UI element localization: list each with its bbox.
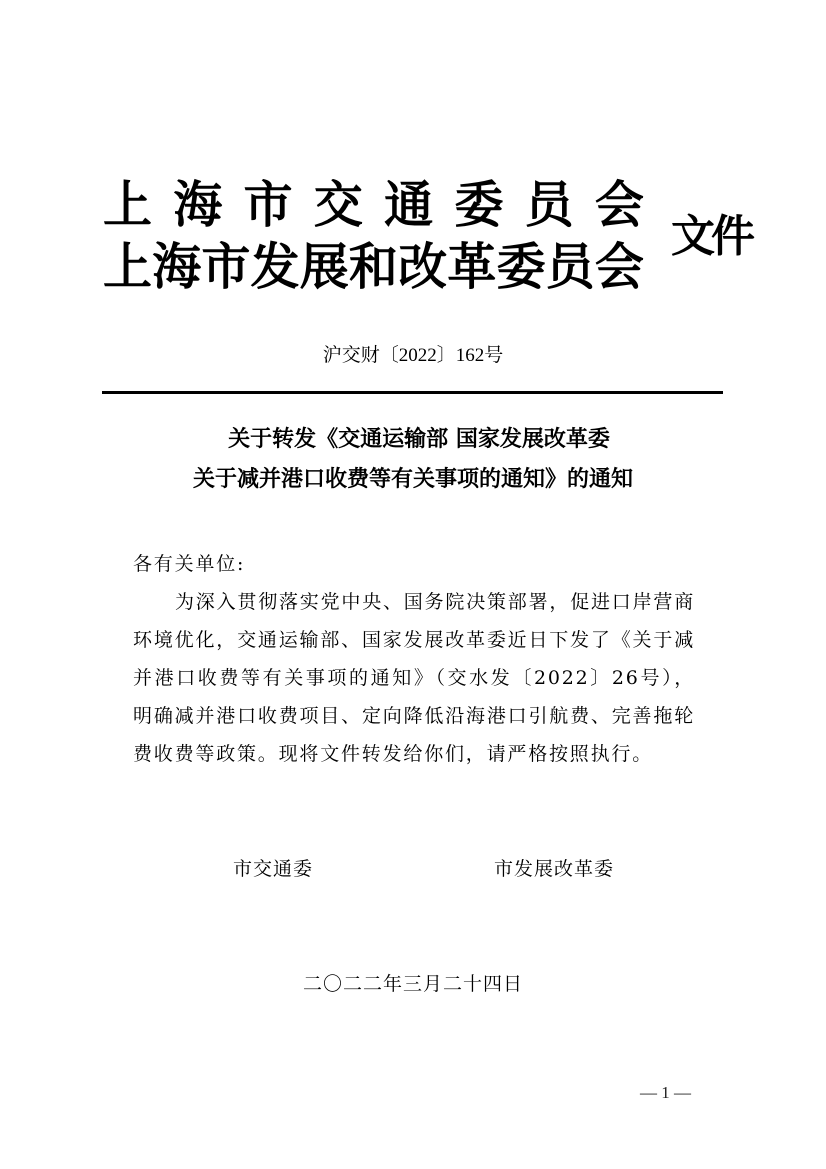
header-char: 员 bbox=[546, 239, 595, 295]
header-char: 展 bbox=[300, 239, 349, 295]
header-char: 交 bbox=[314, 177, 363, 233]
signature-transport-commission: 市交通委 bbox=[233, 855, 313, 883]
header-char: 会 bbox=[595, 177, 644, 233]
header-char: 上 bbox=[103, 177, 152, 233]
header-char: 海 bbox=[173, 177, 222, 233]
header-char: 委 bbox=[496, 239, 545, 295]
header-char: 革 bbox=[447, 239, 496, 295]
header-char: 会 bbox=[595, 239, 644, 295]
document-number: 沪交财〔2022〕162号 bbox=[0, 343, 826, 369]
page-number: — 1 — bbox=[640, 1082, 691, 1104]
header-char: 海 bbox=[152, 239, 201, 295]
header-char: 市 bbox=[244, 177, 293, 233]
header-suffix-document: 文件 bbox=[671, 210, 751, 264]
document-title-line-2: 关于减并港口收费等有关事项的通知》的通知 bbox=[0, 465, 826, 495]
header-divider-rule bbox=[102, 391, 723, 394]
document-title-line-1: 关于转发《交通运输部 国家发展改革委 bbox=[0, 425, 826, 455]
body-paragraph: 为深入贯彻落实党中央、国务院决策部署，促进口岸营商环境优化，交通运输部、国家发展… bbox=[133, 583, 695, 773]
header-char: 和 bbox=[349, 239, 398, 295]
header-char: 改 bbox=[398, 239, 447, 295]
issuer-line-development-reform-commission: 上 海 市 发 展 和 改 革 委 员 会 bbox=[103, 239, 644, 295]
issue-date: 二〇二二年三月二十四日 bbox=[0, 970, 826, 998]
header-char: 发 bbox=[251, 239, 300, 295]
document-page: 上 海 市 交 通 委 员 会 上 海 市 发 展 和 改 革 委 员 会 文件… bbox=[0, 0, 826, 1169]
header-char: 委 bbox=[454, 177, 503, 233]
salutation: 各有关单位: bbox=[133, 545, 695, 583]
header-char: 通 bbox=[384, 177, 433, 233]
header-char: 员 bbox=[525, 177, 574, 233]
header-char: 上 bbox=[103, 239, 152, 295]
signature-development-reform-commission: 市发展改革委 bbox=[494, 855, 614, 883]
header-char: 市 bbox=[201, 239, 250, 295]
issuer-line-transport-commission: 上 海 市 交 通 委 员 会 bbox=[103, 177, 644, 233]
